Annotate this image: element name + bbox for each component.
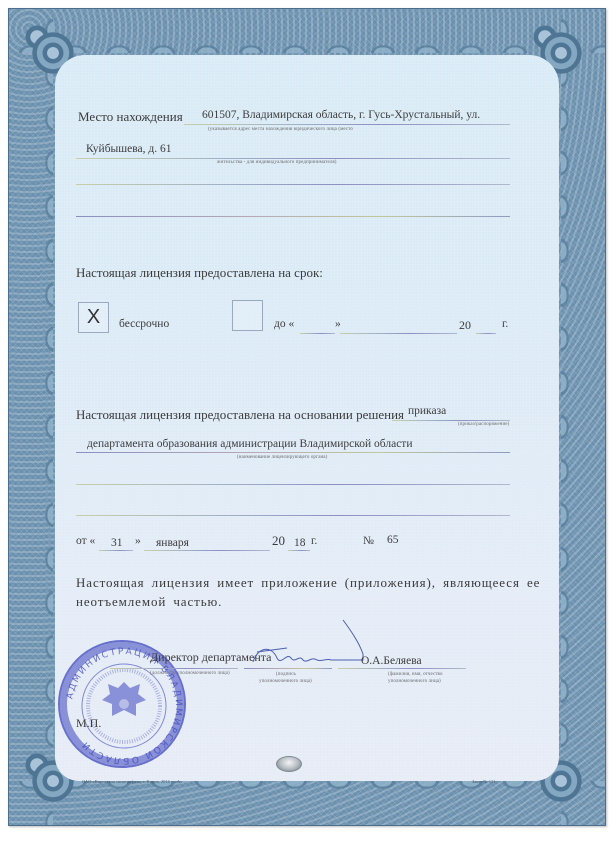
decision-type-hint: (приказ/распоряжение) — [458, 422, 509, 427]
until-year-underline — [476, 333, 496, 334]
indefinite-label: бессрочно — [119, 318, 169, 330]
authority-underline — [76, 452, 510, 453]
signature-hint-2: уполномоченного лица) — [259, 679, 312, 684]
decision-type: приказа — [408, 405, 446, 417]
decision-number: 65 — [387, 534, 399, 546]
signature-underline — [244, 668, 332, 669]
location-hint-1: (указывается адрес места нахождения юрид… — [208, 127, 353, 132]
name-hint-2: уполномоченного лица) — [388, 679, 441, 684]
until-suffix: г. — [502, 318, 508, 330]
blank-line-4 — [76, 515, 510, 516]
until-day-underline — [300, 333, 335, 334]
authority-name: департамента образования администрации В… — [87, 438, 413, 450]
printer-imprint: ОАО «Кировская типография», г. Киров, 20… — [82, 779, 182, 784]
location-underline-1 — [184, 124, 510, 125]
signatory-name: О.А.Беляева — [361, 655, 422, 667]
location-value-line1: 601507, Владимирская область, г. Гусь-Хр… — [202, 109, 480, 121]
checkbox-until-date[interactable] — [232, 300, 263, 331]
decision-month-underline — [144, 550, 270, 551]
signature-hint-1: (подпись — [276, 672, 296, 677]
blank-line-1 — [76, 184, 510, 185]
decision-number-label: № — [363, 535, 374, 547]
term-label: Настоящая лицензия предоставлена на срок… — [76, 265, 323, 281]
seal-label: М.П. — [76, 716, 101, 731]
decision-year-underline — [288, 550, 310, 551]
location-underline-2 — [76, 158, 510, 159]
location-value-line2: Куйбышева, д. 61 — [86, 143, 171, 155]
decision-year: 18 — [294, 537, 306, 549]
frame-wave-top — [9, 33, 605, 53]
until-quote-close: » — [335, 318, 341, 330]
decision-quote-close: » — [135, 535, 141, 547]
frame-wave-left — [33, 9, 53, 825]
blank-line-3 — [76, 484, 510, 485]
decision-year-prefix: 20 — [272, 533, 285, 549]
hologram-sticker-icon — [276, 756, 302, 772]
signature-icon — [247, 618, 367, 670]
basis-label: Настоящая лицензия предоставлена на осно… — [76, 407, 404, 423]
until-year-prefix: 20 — [459, 318, 471, 333]
decision-type-underline — [392, 420, 510, 421]
frame-wave-right — [561, 9, 581, 825]
decision-date-prefix: от « — [76, 535, 95, 547]
name-hint-1: (фамилия, имя, отчество — [388, 672, 443, 677]
location-hint-2: жительства - для индивидуального предпри… — [217, 160, 337, 165]
decision-date-suffix: г. — [311, 535, 317, 547]
location-label: Место нахождения — [78, 109, 183, 125]
authority-hint: (наименование лицензирующего органа) — [237, 455, 327, 460]
position-underline — [110, 668, 238, 669]
order-number: Заказ № 131 — [472, 779, 495, 784]
appendix-note-line2: неотъемлемой частью. — [76, 594, 222, 610]
decision-day: 31 — [111, 537, 123, 549]
frame-wave-bottom — [9, 781, 605, 801]
position-hint: (должность уполномоченного лица) — [150, 671, 230, 676]
appendix-note-line1: Настоящая лицензия имеет приложение (при… — [76, 575, 510, 591]
until-month-underline — [340, 333, 457, 334]
blank-line-2 — [76, 216, 510, 217]
decision-day-underline — [99, 550, 133, 551]
until-prefix: до « — [274, 318, 294, 330]
decision-month: января — [156, 537, 189, 549]
name-underline — [338, 668, 466, 669]
checkbox-indefinite[interactable]: X — [78, 302, 109, 333]
